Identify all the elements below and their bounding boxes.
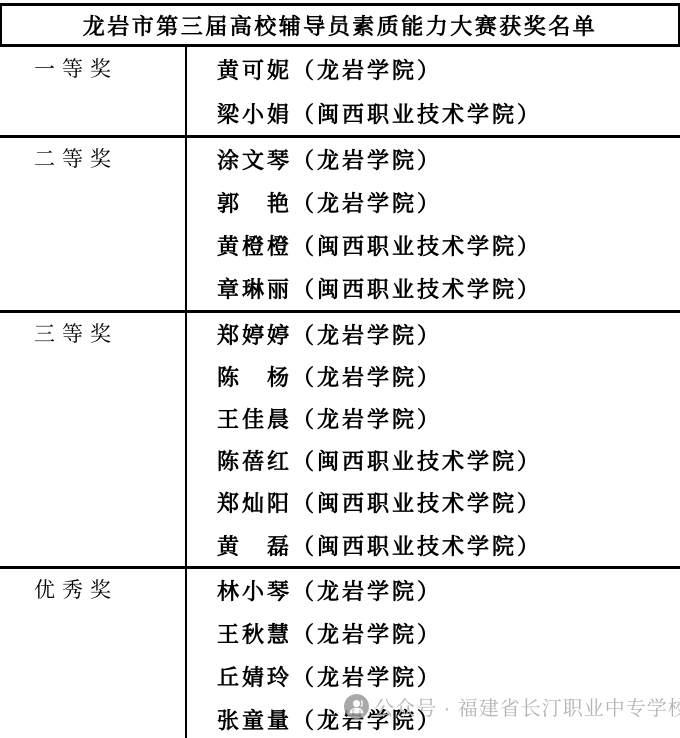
winner-row: 王秋慧（龙岩学院） [217,612,680,655]
winner-row: 郑婷婷（龙岩学院） [217,313,680,355]
winner-row: 丘婧玲（龙岩学院） [217,655,680,698]
winners-cell: 黄可妮（龙岩学院）梁小娟（闽西职业技术学院） [187,47,680,135]
winner-row: 张童量（龙岩学院） [217,698,680,738]
winner-row: 涂文琴（龙岩学院） [217,138,680,181]
table-title: 龙岩市第三届高校辅导员素质能力大赛获奖名单 [0,6,680,47]
winner-row: 陈 杨（龙岩学院） [217,355,680,397]
award-list-document: 龙岩市第三届高校辅导员素质能力大赛获奖名单 一等奖黄可妮（龙岩学院）梁小娟（闽西… [0,0,680,738]
winner-row: 梁小娟（闽西职业技术学院） [217,91,680,135]
winner-row: 郭 艳（龙岩学院） [217,181,680,224]
award-category-cell: 三等奖 [0,313,187,566]
award-section: 二等奖涂文琴（龙岩学院）郭 艳（龙岩学院）黄橙橙（闽西职业技术学院）章琳丽（闽西… [0,138,680,313]
winner-row: 郑灿阳（闽西职业技术学院） [217,482,680,524]
award-section: 三等奖郑婷婷（龙岩学院）陈 杨（龙岩学院）王佳晨（龙岩学院）陈蓓红（闽西职业技术… [0,313,680,569]
winner-row: 王佳晨（龙岩学院） [217,397,680,439]
winner-row: 黄 磊（闽西职业技术学院） [217,524,680,566]
award-table: 龙岩市第三届高校辅导员素质能力大赛获奖名单 一等奖黄可妮（龙岩学院）梁小娟（闽西… [0,3,680,738]
award-category-cell: 二等奖 [0,138,187,310]
winners-cell: 郑婷婷（龙岩学院）陈 杨（龙岩学院）王佳晨（龙岩学院）陈蓓红（闽西职业技术学院）… [187,313,680,566]
winner-row: 黄可妮（龙岩学院） [217,47,680,91]
winner-row: 林小琴（龙岩学院） [217,569,680,612]
award-section: 优秀奖林小琴（龙岩学院）王秋慧（龙岩学院）丘婧玲（龙岩学院）张童量（龙岩学院） [0,569,680,738]
winner-row: 章琳丽（闽西职业技术学院） [217,267,680,310]
award-category-cell: 一等奖 [0,47,187,135]
winner-row: 陈蓓红（闽西职业技术学院） [217,440,680,482]
award-category-cell: 优秀奖 [0,569,187,738]
winners-cell: 涂文琴（龙岩学院）郭 艳（龙岩学院）黄橙橙（闽西职业技术学院）章琳丽（闽西职业技… [187,138,680,310]
award-section: 一等奖黄可妮（龙岩学院）梁小娟（闽西职业技术学院） [0,47,680,138]
winners-cell: 林小琴（龙岩学院）王秋慧（龙岩学院）丘婧玲（龙岩学院）张童量（龙岩学院） [187,569,680,738]
winner-row: 黄橙橙（闽西职业技术学院） [217,224,680,267]
